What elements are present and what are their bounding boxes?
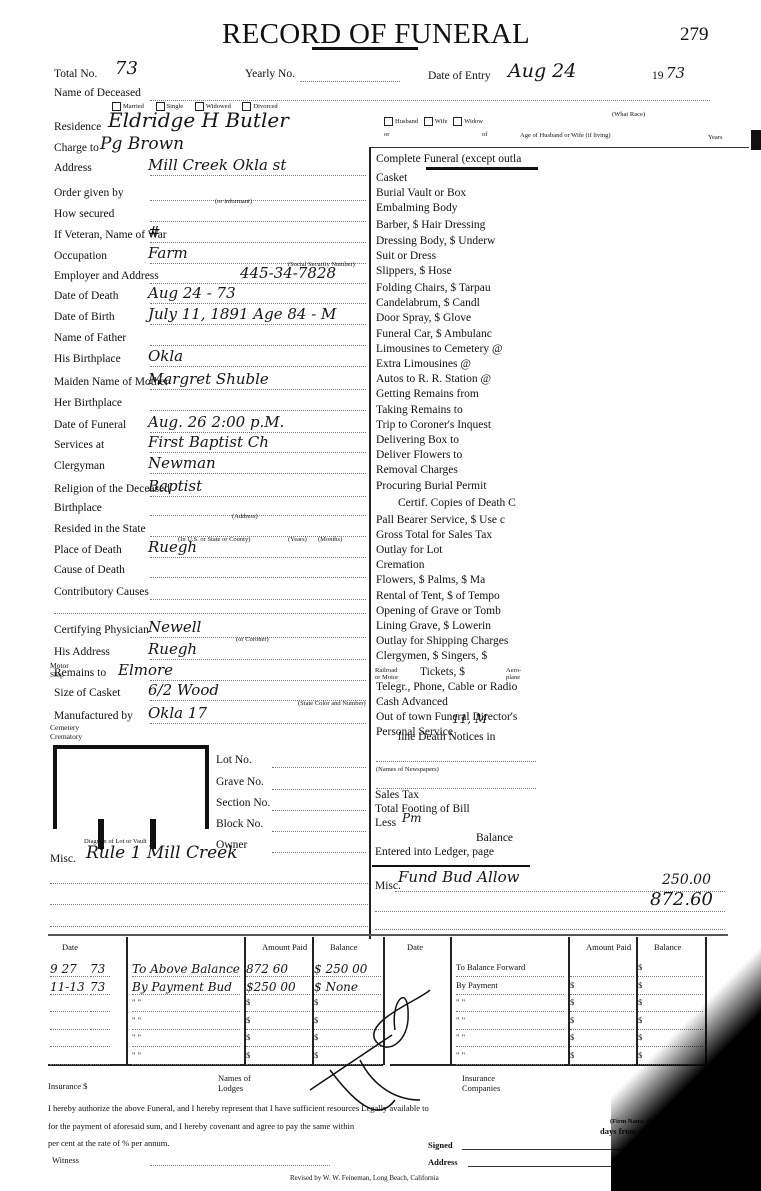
plot-label: Block No.	[216, 818, 263, 830]
or-informant-caption: (or informant)	[215, 198, 252, 205]
newspapers-caption: (Names of Newspapers)	[376, 766, 439, 773]
sales-tax-label: Sales Tax	[375, 789, 419, 801]
ledger-column-rule	[126, 937, 128, 1065]
ledger-header: Balance	[330, 942, 357, 952]
ledger-line	[132, 975, 240, 977]
field-label-27: Size of Casket	[54, 687, 120, 699]
field-value-18[interactable]: Baptist	[148, 477, 202, 495]
field-line-22[interactable]	[150, 576, 366, 578]
ssn-caption: (Social Security Number)	[288, 261, 355, 268]
signed-label: Signed	[428, 1140, 453, 1150]
field-value-13[interactable]: Margret Shuble	[148, 370, 269, 388]
charge-item: Cash Advanced	[376, 696, 536, 708]
ledger-line	[50, 1028, 88, 1030]
yearly-no-field[interactable]	[300, 80, 400, 82]
ledger-line	[90, 1063, 110, 1065]
checkbox-husband[interactable]	[384, 117, 393, 126]
field-value-16[interactable]: First Baptist Ch	[148, 433, 269, 451]
field-label-24: Certifying Physician	[54, 624, 149, 636]
field-label-10: Date of Birth	[54, 311, 115, 323]
ledger-paid[interactable]: $	[246, 1032, 250, 1042]
field-label-21: Place of Death	[54, 544, 122, 556]
field-value-6[interactable]: #	[148, 223, 161, 241]
ledger-line	[50, 1045, 88, 1047]
husband-caption: Husband	[395, 118, 418, 125]
address-label: Address	[428, 1157, 458, 1167]
charge-item: Pall Bearer Service, $ Use c	[376, 514, 536, 526]
charge-item: Funeral Car, $ Ambulanc	[376, 328, 536, 340]
charge-item: Limousines to Cemetery @	[376, 343, 536, 355]
address-caption: (Address)	[232, 513, 258, 520]
date-of-entry-value[interactable]: Aug 24	[508, 60, 576, 82]
charges-header-underline	[426, 167, 538, 170]
charge-item: Folding Chairs, $ Tarpau	[376, 282, 536, 294]
name-of-deceased-field[interactable]	[150, 99, 710, 101]
misc-left-label: Misc.	[50, 853, 76, 865]
field-line-16[interactable]	[150, 451, 366, 453]
residence-value[interactable]: Eldridge H Butler	[108, 108, 289, 132]
residence-label: Residence	[54, 121, 101, 133]
plot-field[interactable]	[272, 788, 366, 790]
covenant-text: for the payment of aforesaid sum, and I …	[48, 1121, 354, 1131]
charge-item: Slippers, $ Hose	[376, 265, 536, 277]
charge-item: Clergymen, $ Singers, $	[376, 650, 536, 662]
charge-item: Getting Remains from	[376, 388, 536, 400]
ledger-line	[456, 1045, 564, 1047]
ledger-yr[interactable]: 73	[90, 962, 105, 976]
field-line-3[interactable]	[150, 174, 366, 176]
field-line-23[interactable]	[150, 598, 366, 600]
field-line-12[interactable]	[150, 365, 366, 367]
field-line-19[interactable]	[150, 514, 366, 516]
ledger-line	[456, 1028, 564, 1030]
field-line-10[interactable]	[150, 323, 366, 325]
charge-item: Embalming Body	[376, 202, 536, 214]
spouse-options: Husband Wife Widow	[384, 117, 483, 126]
railroad-caption: Railroador Motor	[375, 667, 398, 681]
charge-item: Dressing Body, $ Underw	[376, 235, 536, 247]
field-label-9: Date of Death	[54, 290, 119, 302]
ledger-paid[interactable]: 872 60	[246, 962, 288, 976]
ledger-line	[132, 993, 240, 995]
ledger-desc[interactable]: To Above Balance	[132, 962, 240, 976]
charge-item: Rental of Tent, $ of Tempo	[376, 590, 536, 602]
field-line-13[interactable]	[150, 388, 366, 390]
age-spouse-caption: Age of Husband or Wife (if living)	[520, 132, 611, 139]
motor-ship-caption: MotorShip	[50, 661, 69, 679]
ledger-line	[50, 1063, 88, 1065]
field-label-22: Cause of Death	[54, 564, 125, 576]
ledger-line	[50, 993, 88, 995]
charge-item: Procuring Burial Permit	[376, 480, 536, 492]
balance-label: Balance	[476, 832, 513, 844]
scan-mark	[751, 130, 761, 150]
field-line-21[interactable]	[150, 556, 366, 558]
insurance-label: Insurance $	[48, 1081, 87, 1091]
charge-item: Trip to Coroner's Inquest	[376, 419, 536, 431]
lot-diagram-box	[53, 745, 209, 829]
field-label-12: His Birthplace	[54, 353, 121, 365]
charge-item: Burial Vault or Box	[376, 187, 536, 199]
ledger-line	[50, 975, 88, 977]
ledger-paid[interactable]: $	[246, 997, 250, 1007]
ledger-paid[interactable]: $	[570, 1032, 574, 1042]
field-label-11: Name of Father	[54, 332, 126, 344]
state-years-caption: (Years)	[288, 536, 307, 543]
ledger-paid[interactable]: $250 00	[246, 980, 296, 994]
misc-left-field-2[interactable]	[50, 882, 368, 884]
ledger-date[interactable]: 9 27	[50, 962, 77, 976]
misc-right-value[interactable]: Fund Bud Allow	[398, 868, 519, 886]
field-label-28: Manufactured by	[54, 710, 133, 722]
ledger-page-label: Entered into Ledger, page	[375, 846, 494, 858]
ledger-line	[90, 993, 110, 995]
ledger-header: Amount Paid	[262, 942, 307, 952]
death-notices-label: line Death Notices in	[398, 731, 495, 743]
ledger-rule	[372, 865, 530, 867]
charge-item: Gross Total for Sales Tax	[376, 529, 536, 541]
scan-shadow	[611, 871, 761, 1191]
ledger-header: Date	[62, 942, 78, 952]
ledger-header: Date	[407, 942, 423, 952]
plot-label: Section No.	[216, 797, 270, 809]
charge-item: Delivering Box to	[376, 434, 536, 446]
title-underline	[312, 47, 418, 50]
ledger-paid[interactable]: $	[570, 980, 574, 990]
ledger-line	[90, 1028, 110, 1030]
field-label-15: Date of Funeral	[54, 419, 126, 431]
plot-field[interactable]	[272, 809, 366, 811]
field-line-11[interactable]	[150, 344, 366, 346]
ledger-line	[456, 1063, 564, 1065]
cemetery-crematory-caption: CemeteryCrematory	[50, 723, 82, 741]
ledger-yr[interactable]: 73	[90, 980, 105, 994]
total-footing-label: Total Footing of Bill	[375, 803, 470, 815]
ledger-line	[90, 975, 110, 977]
ledger-line	[456, 1010, 564, 1012]
field-line-14[interactable]	[150, 409, 366, 411]
ledger-paid[interactable]: $	[570, 1015, 574, 1025]
field-value-10[interactable]: July 11, 1891 Age 84 - M	[148, 305, 336, 323]
ledger-line	[132, 1063, 240, 1065]
ledger-line	[90, 1010, 110, 1012]
field-label-8: Employer and Address	[54, 270, 159, 282]
charge-to-value[interactable]: Pg Brown	[100, 134, 184, 154]
charge-item: Outlay for Lot	[376, 544, 536, 556]
page-number: 279	[680, 24, 709, 46]
field-line-18[interactable]	[150, 495, 366, 497]
charge-item: Extra Limousines @	[376, 358, 536, 370]
ledger-desc[interactable]: " "	[132, 1050, 141, 1060]
field-value-27[interactable]: 6/2 Wood	[148, 681, 219, 699]
field-line-25[interactable]	[150, 658, 366, 660]
field-line-17[interactable]	[150, 472, 366, 474]
field-line-28[interactable]	[150, 722, 366, 724]
state-months-caption: (Months)	[318, 536, 342, 543]
plot-field[interactable]	[272, 766, 366, 768]
ledger-desc[interactable]: By Payment Bud	[132, 980, 232, 994]
ledger-line	[132, 1010, 240, 1012]
state-county-caption: (In U.S. or State or County)	[178, 536, 250, 543]
charge-item: Flowers, $ Palms, $ Ma	[376, 574, 536, 586]
less-value[interactable]: Pm	[402, 811, 421, 825]
year-prefix: 19	[652, 70, 664, 82]
field-label-5: How secured	[54, 208, 114, 220]
charge-item: Deliver Flowers to	[376, 449, 536, 461]
charge-item: Certif. Copies of Death C	[398, 497, 536, 509]
ledger-desc[interactable]: " "	[132, 1032, 141, 1042]
field-line-4[interactable]	[150, 199, 366, 201]
plot-field[interactable]	[272, 851, 366, 853]
field-label-14: Her Birthplace	[54, 397, 122, 409]
charge-item: Cremation	[376, 559, 536, 571]
charge-item: Telegr., Phone, Cable or Radio	[376, 681, 536, 693]
ledger-line	[456, 975, 564, 977]
date-of-entry-label: Date of Entry	[428, 70, 491, 82]
ledger-line	[132, 1028, 240, 1030]
field-value-28[interactable]: Okla 17	[148, 704, 207, 722]
charge-item: Barber, $ Hair Dressing	[376, 219, 536, 231]
field-value-9[interactable]: Aug 24 - 73	[148, 284, 236, 302]
revised-by-text: Revised by W. W. Feineman, Long Beach, C…	[290, 1174, 439, 1182]
of-caption: of	[482, 131, 487, 138]
field-label-25: His Address	[54, 646, 110, 658]
charge-item: Taking Remains to	[376, 404, 536, 416]
charge-item: Lining Grave, $ Lowerin	[376, 620, 536, 632]
field-line-9[interactable]	[150, 302, 366, 304]
signature-scribble	[300, 960, 470, 1120]
widow-caption: Widow	[464, 118, 483, 125]
total-no-label: Total No.	[54, 68, 97, 80]
lodges-label: Names of Lodges	[218, 1073, 258, 1093]
contributory-causes-line-2[interactable]	[54, 612, 366, 614]
what-race-caption: (What Race)	[612, 111, 645, 118]
checkbox-widow[interactable]	[453, 117, 462, 126]
charge-item: Opening of Grave or Tomb	[376, 605, 536, 617]
field-value-12[interactable]: Okla	[148, 347, 183, 365]
field-label-4: Order given by	[54, 187, 124, 199]
ledger-paid[interactable]: $	[246, 1050, 250, 1060]
field-label-3: Address	[54, 162, 92, 174]
witness-field[interactable]	[150, 1164, 330, 1166]
field-value-26[interactable]: Elmore	[118, 661, 173, 679]
or-caption: or	[384, 131, 389, 138]
field-value-15[interactable]: Aug. 26 2:00 p.M.	[148, 413, 284, 431]
name-of-deceased-label: Name of Deceased	[54, 87, 141, 99]
field-value-3[interactable]: Mill Creek Okla st	[148, 156, 286, 174]
field-label-17: Clergyman	[54, 460, 105, 472]
plot-label: Lot No.	[216, 754, 252, 766]
witness-label: Witness	[52, 1155, 79, 1165]
field-label-20: Resided in the State	[54, 523, 146, 535]
field-line-6[interactable]	[150, 241, 366, 243]
checkbox-wife[interactable]	[424, 117, 433, 126]
field-label-7: Occupation	[54, 250, 107, 262]
years-caption: Years	[708, 134, 723, 141]
field-line-5[interactable]	[150, 220, 366, 222]
charge-to-label: Charge to	[54, 142, 99, 154]
ledger-desc[interactable]: " "	[132, 997, 141, 1007]
field-value-17[interactable]: Newman	[148, 454, 216, 472]
field-value-7[interactable]: Farm	[148, 244, 188, 262]
ledger-line	[90, 1045, 110, 1047]
field-value-25[interactable]: Ruegh	[148, 640, 197, 658]
charges-header: Complete Funeral (except outla	[376, 153, 521, 165]
field-value-24[interactable]: Newell	[148, 618, 201, 636]
less-label: Less	[375, 817, 396, 829]
charge-item: Suit or Dress	[376, 250, 536, 262]
ledger-paid[interactable]: $	[246, 1015, 250, 1025]
field-label-19: Birthplace	[54, 502, 102, 514]
ledger-desc[interactable]: " "	[132, 1015, 141, 1025]
aeroplane-caption: Aero-plane	[506, 667, 521, 681]
total-no-value[interactable]: 73	[115, 58, 138, 79]
charges-top-rule	[369, 147, 749, 148]
ledger-paid[interactable]: $	[570, 997, 574, 1007]
plot-label: Grave No.	[216, 776, 264, 788]
ledger-line	[50, 1010, 88, 1012]
ledger-line	[456, 993, 564, 995]
misc-left-field-4[interactable]	[50, 925, 368, 927]
ledger-line	[132, 1045, 240, 1047]
personal-service-value[interactable]: 11, M	[452, 712, 487, 726]
yearly-no-label: Yearly No.	[245, 68, 295, 80]
ledger-paid[interactable]: $	[570, 1050, 574, 1060]
or-coroner-caption: (or Coroner)	[236, 636, 269, 643]
plot-field[interactable]	[272, 830, 366, 832]
charge-item: Candelabrum, $ Candl	[376, 297, 536, 309]
authorize-text: I hereby authorize the above Funeral, an…	[48, 1103, 429, 1113]
charge-item: Door Spray, $ Glove	[376, 312, 536, 324]
ledger-date[interactable]: 11-13	[50, 980, 85, 994]
field-label-23: Contributory Causes	[54, 586, 149, 598]
charge-item: Casket	[376, 172, 536, 184]
insurance-companies-label: Insurance Companies	[462, 1073, 522, 1093]
year-value[interactable]: 73	[666, 64, 685, 82]
charge-item: Removal Charges	[376, 464, 536, 476]
misc-left-value[interactable]: Rule 1 Mill Creek	[86, 843, 238, 863]
field-label-16: Services at	[54, 439, 104, 451]
wife-caption: Wife	[435, 118, 448, 125]
newspapers-field[interactable]	[376, 760, 536, 762]
charge-item: Autos to R. R. Station @	[376, 373, 536, 385]
column-divider	[369, 147, 371, 939]
charge-item: Outlay for Shipping Charges	[376, 635, 536, 647]
interest-text: per cent at the rate of % per annum.	[48, 1138, 170, 1148]
state-color-caption: (State Color and Number)	[298, 700, 366, 707]
misc-left-field-3[interactable]	[50, 903, 368, 905]
